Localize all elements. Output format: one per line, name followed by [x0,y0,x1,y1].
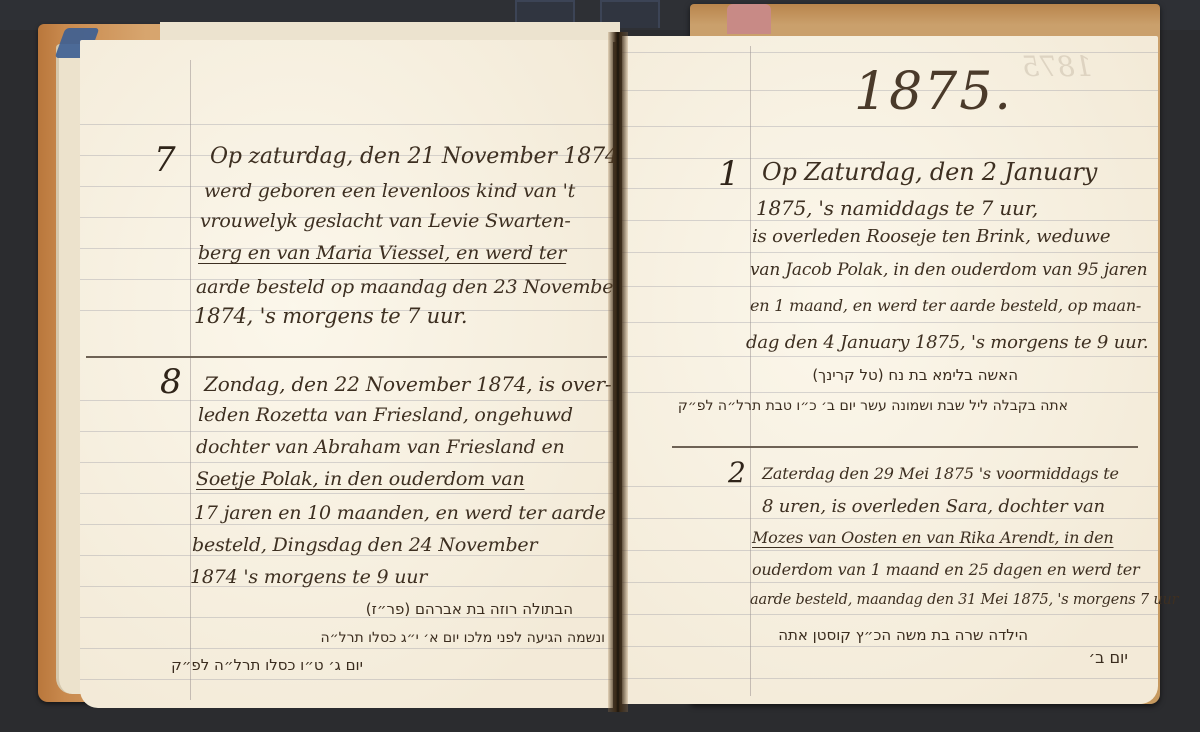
entry-line: en 1 maand, en werd ter aarde besteld, o… [750,296,1141,315]
entry-line: dag den 4 January 1875, 's morgens te 9 … [746,332,1148,353]
entry-number: 2 [728,456,746,489]
entry-line: 1874 's morgens te 9 uur [190,566,427,588]
entry-line: Zondag, den 22 November 1874, is over- [204,372,611,396]
entry-line: aarde besteld, maandag den 31 Mei 1875, … [750,592,1178,608]
entry-line: Zaterdag den 29 Mei 1875 's voormiddags … [762,464,1119,483]
hebrew-annotation: יום ג׳ ט״ו כסלו תרל״ה לפ״ק [171,656,363,674]
entry-line: aarde besteld op maandag den 23 November [196,276,622,298]
bookmark-tab [727,4,771,34]
entry-line: dochter van Abraham van Friesland en [196,436,565,458]
entry-line: Op zaturdag, den 21 November 1874 [210,144,619,169]
entry-line: 1874, 's morgens te 7 uur. [194,304,467,328]
bleed-through-year: 1875 [1022,50,1092,83]
margin-line [190,60,191,700]
entry-number: 1 [718,154,739,194]
page-stack-top [160,22,620,42]
entry-line: vrouwelyk geslacht van Levie Swarten- [200,210,571,232]
hebrew-annotation: ונשמה הגיעה לפני מלכו יום א׳ י״ג כסלו תר… [321,630,606,646]
left-page: 7 Op zaturdag, den 21 November 1874 werd… [80,40,613,708]
hebrew-annotation: האשה בלימא בת נח (טל קרינך) [812,366,1018,384]
book-gutter [608,32,628,712]
entry-line: 17 jaren en 10 maanden, en werd ter aard… [194,502,606,524]
entry-line: leden Rozetta van Friesland, ongehuwd [198,404,573,426]
entry-line: 1875, 's namiddags te 7 uur, [756,196,1038,220]
entry-line: werd geboren een levenloos kind van 't [204,180,575,202]
entry-line: ouderdom van 1 maand en 25 dagen en werd… [752,560,1139,579]
hebrew-annotation: אתה בקבלה ליל שבת ושמונה עשר יום ב׳ כ״ו … [678,398,1068,414]
entry-line: besteld, Dingsdag den 24 November [192,534,537,556]
entry-line: berg en van Maria Viessel, en werd ter [198,242,566,264]
entry-line: is overleden Rooseje ten Brink, weduwe [752,226,1110,247]
hebrew-annotation: יום ב׳ [1088,648,1128,667]
entry-separator [672,446,1138,448]
entry-line: Soetje Polak, in den ouderdom van [196,468,525,490]
entry-line: 8 uren, is overleden Sara, dochter van [762,496,1105,517]
entry-line: Op Zaturdag, den 2 January [762,158,1097,186]
year-heading: 1875. [854,62,1013,122]
entry-number: 7 [154,140,175,180]
entry-line: Mozes van Oosten en van Rika Arendt, in … [752,528,1114,547]
entry-separator [86,356,607,358]
entry-number: 8 [160,362,181,402]
right-page: 1875 1875. 1 Op Zaturdag, den 2 January … [622,36,1158,704]
entry-line: van Jacob Polak, in den ouderdom van 95 … [750,260,1147,280]
hebrew-annotation: הבתולה רוזה בת אברהם (פר״ז) [366,600,573,618]
hebrew-annotation: הילדה שרה בת משה הכ״ץ קוסטן אתה [778,626,1028,644]
